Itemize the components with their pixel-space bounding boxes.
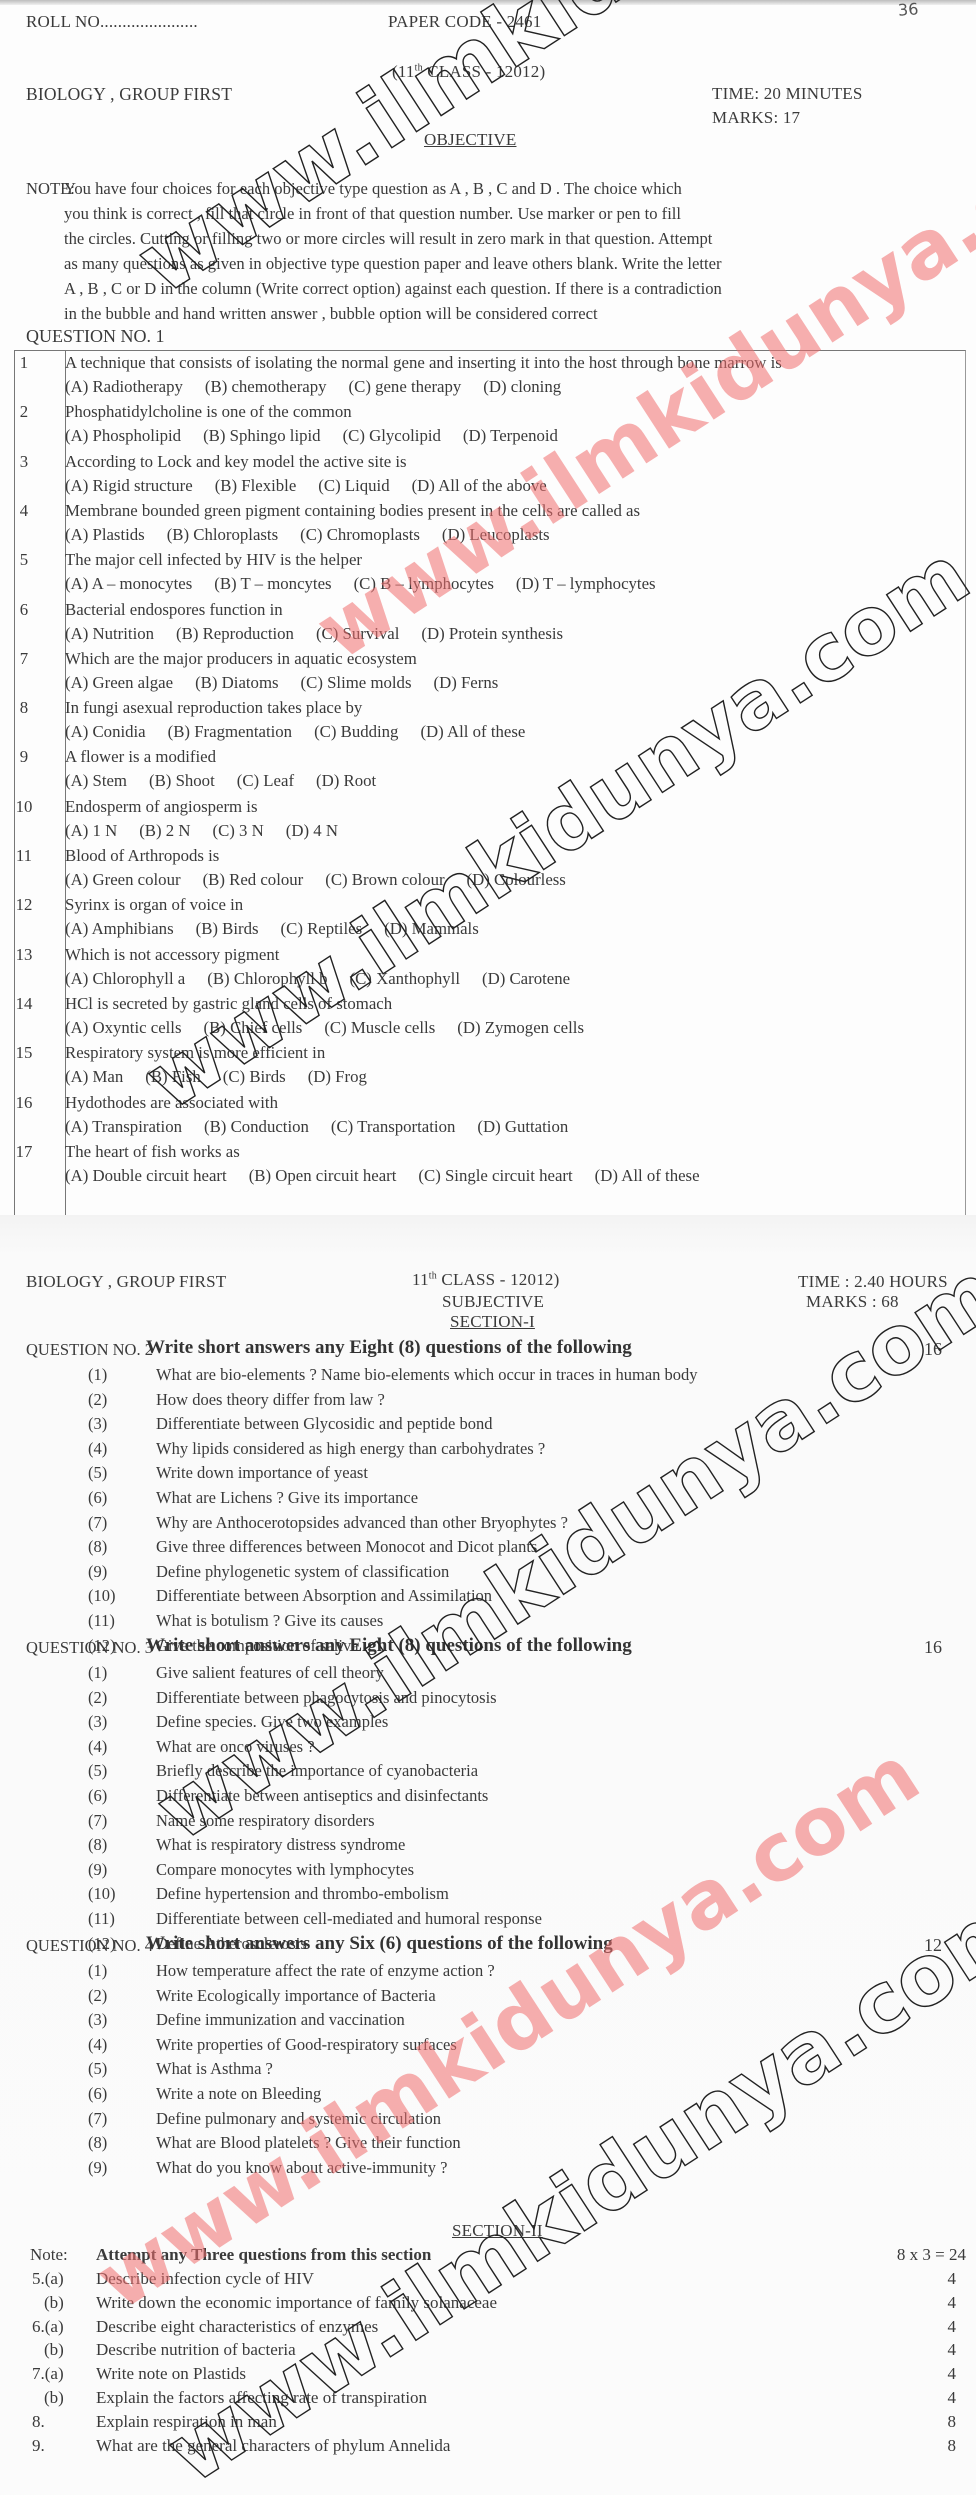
- mcq-question-8: 8In fungi asexual reproduction takes pla…: [15, 696, 965, 745]
- mcq-question-16: 16Hydothodes are associated with(A) Tran…: [15, 1091, 965, 1140]
- item-number: (2): [88, 1688, 107, 1708]
- item-number: (10): [88, 1586, 116, 1606]
- option-a: (A) 1 N: [65, 821, 117, 841]
- option-a: (A) Green colour: [65, 870, 181, 890]
- objective-paper: ROLL NO...................... PAPER CODE…: [0, 0, 976, 1215]
- handwritten-mark: 36: [897, 0, 919, 20]
- mcq-table: 1A technique that consists of isolating …: [14, 350, 966, 1221]
- question-stem: Hydothodes are associated with: [65, 1093, 278, 1113]
- long-question-item: 7.(a)Write note on Plastids4: [26, 2364, 966, 2388]
- option-b: (B) Chlorophyll b: [207, 969, 327, 989]
- item-text: Describe eight characteristics of enzyme…: [96, 2317, 378, 2337]
- question-marks: 12: [924, 1935, 942, 1956]
- mcq-question-17: 17The heart of fish works as(A) Double c…: [15, 1140, 965, 1189]
- answer-options: (A) Plastids(B) Chloroplasts(C) Chromopl…: [65, 525, 572, 545]
- item-text: Differentiate between Absorption and Ass…: [156, 1586, 492, 1606]
- option-b: (B) Chief cells: [204, 1018, 303, 1038]
- total-marks: MARKS: 17: [712, 108, 800, 128]
- question-number: 6: [15, 600, 33, 620]
- item-number: (4): [88, 2035, 107, 2055]
- option-d: (D) T – lymphocytes: [516, 574, 656, 594]
- item-number: (11): [88, 1909, 115, 1929]
- question-stem: The heart of fish works as: [65, 1142, 240, 1162]
- mcq-question-6: 6Bacterial endospores function in(A) Nut…: [15, 598, 965, 647]
- question-stem: A flower is a modified: [65, 747, 216, 767]
- long-question-item: 5.(a)Describe infection cycle of HIV4: [26, 2269, 966, 2293]
- item-number: (9): [88, 2158, 107, 2178]
- answer-options: (A) Radiotherapy(B) chemotherapy(C) gene…: [65, 377, 583, 397]
- note-line: as many questions as given in objective …: [64, 251, 956, 276]
- item-number: (2): [88, 1390, 107, 1410]
- section-2-note: Note: Attempt any Three questions from t…: [26, 2245, 966, 2269]
- question-stem: Which are the major producers in aquatic…: [65, 649, 417, 669]
- item-number: (7): [88, 1513, 107, 1533]
- option-a: (A) Green algae: [65, 673, 173, 693]
- option-c: (C) gene therapy: [349, 377, 462, 397]
- option-a: (A) A – monocytes: [65, 574, 192, 594]
- mcq-question-13: 13Which is not accessory pigment(A) Chlo…: [15, 943, 965, 992]
- item-text: Name some respiratory disorders: [156, 1811, 375, 1831]
- question-number: 7: [15, 649, 33, 669]
- option-b: (B) Chloroplasts: [167, 525, 278, 545]
- question-stem: Endosperm of angiosperm is: [65, 797, 258, 817]
- option-a: (A) Plastids: [65, 525, 145, 545]
- item-text: What is respiratory distress syndrome: [156, 1835, 405, 1855]
- item-text: Write down the economic importance of fa…: [96, 2293, 497, 2313]
- question-stem: A technique that consists of isolating t…: [65, 353, 782, 373]
- scan-edge: [0, 0, 976, 5]
- answer-options: (A) Green algae(B) Diatoms(C) Slime mold…: [65, 673, 520, 693]
- item-text: Explain the factors affecting rate of tr…: [96, 2388, 427, 2408]
- item-marks: 4: [876, 2269, 966, 2289]
- item-text: Write note on Plastids: [96, 2364, 246, 2384]
- option-b: (B) Diatoms: [195, 673, 278, 693]
- item-marks: 4: [876, 2388, 966, 2408]
- mcq-question-5: 5The major cell infected by HIV is the h…: [15, 548, 965, 597]
- option-a: (A) Phospholipid: [65, 426, 181, 446]
- item-marks: 8: [876, 2412, 966, 2432]
- item-text: Differentiate between antiseptics and di…: [156, 1786, 488, 1806]
- note-body: You have four choices for each objective…: [64, 176, 956, 326]
- option-c: (C) Transportation: [331, 1117, 455, 1137]
- item-number: (5): [88, 1761, 107, 1781]
- item-text: What is Asthma ?: [156, 2059, 273, 2079]
- option-b: (B) Open circuit heart: [249, 1166, 397, 1186]
- question-stem: The major cell infected by HIV is the he…: [65, 550, 362, 570]
- question-stem: Syrinx is organ of voice in: [65, 895, 243, 915]
- item-marks: 4: [876, 2364, 966, 2384]
- item-marks: 4: [876, 2317, 966, 2337]
- long-question-item: 6.(a)Describe eight characteristics of e…: [26, 2317, 966, 2341]
- option-c: (C) Glycolipid: [343, 426, 441, 446]
- answer-options: (A) Rigid structure(B) Flexible(C) Liqui…: [65, 476, 569, 496]
- option-b: (B) chemotherapy: [205, 377, 327, 397]
- item-number: (7): [88, 2109, 107, 2129]
- option-d: (D) cloning: [483, 377, 561, 397]
- item-number: (4): [88, 1737, 107, 1757]
- item-number: 8.: [32, 2412, 45, 2432]
- item-number: (b): [44, 2293, 64, 2313]
- note-line: the circles. Cutting or filling two or m…: [64, 226, 956, 251]
- option-a: (A) Amphibians: [65, 919, 174, 939]
- item-number: (2): [88, 1986, 107, 2006]
- question-number: QUESTION NO. 2: [26, 1340, 153, 1360]
- item-number: (3): [88, 2010, 107, 2030]
- answer-options: (A) Man(B) Fish(C) Birds(D) Frog: [65, 1067, 389, 1087]
- option-d: (D) Ferns: [433, 673, 498, 693]
- item-text: Differentiate between cell-mediated and …: [156, 1909, 542, 1929]
- question-number: 4: [15, 501, 33, 521]
- option-a: (A) Double circuit heart: [65, 1166, 227, 1186]
- item-number: (b): [44, 2388, 64, 2408]
- item-text: Why are Anthocerotopsides advanced than …: [156, 1513, 568, 1533]
- subjective-paper: BIOLOGY , GROUP FIRST 11th CLASS - 12012…: [0, 1215, 976, 2495]
- option-d: (D) Root: [316, 771, 376, 791]
- option-c: (C) Liquid: [318, 476, 389, 496]
- item-text: Write down importance of yeast: [156, 1463, 368, 1483]
- item-text: Give three differences between Monocot a…: [156, 1537, 537, 1557]
- class-label: (11th CLASS - 12012): [392, 62, 545, 82]
- option-a: (A) Oxyntic cells: [65, 1018, 182, 1038]
- mcq-question-12: 12Syrinx is organ of voice in(A) Amphibi…: [15, 893, 965, 942]
- mcq-question-15: 15Respiratory system is more efficient i…: [15, 1041, 965, 1090]
- item-text: Define species. Give two examples: [156, 1712, 388, 1732]
- item-text: How temperature affect the rate of enzym…: [156, 1961, 495, 1981]
- question-4-header: QUESTION NO. 4Write short answers any Si…: [26, 1933, 966, 1959]
- option-c: (C) B – lymphocytes: [354, 574, 494, 594]
- option-a: (A) Rigid structure: [65, 476, 193, 496]
- option-c: (C) Budding: [314, 722, 398, 742]
- item-number: (11): [88, 1611, 115, 1631]
- question-marks: 16: [924, 1637, 942, 1658]
- question-instruction: Write short answers any Eight (8) questi…: [146, 1337, 632, 1359]
- answer-options: (A) A – monocytes(B) T – moncytes(C) B –…: [65, 574, 678, 594]
- option-d: (D) Zymogen cells: [457, 1018, 584, 1038]
- mcq-question-2: 2Phosphatidylcholine is one of the commo…: [15, 400, 965, 449]
- long-question-item: (b)Write down the economic importance of…: [26, 2293, 966, 2317]
- item-number: (5): [88, 1463, 107, 1483]
- option-d: (D) All of these: [595, 1166, 700, 1186]
- item-number: 7.(a): [32, 2364, 64, 2384]
- question-3-header: QUESTION NO. 3Write short answers any Ei…: [26, 1635, 966, 1661]
- item-number: (b): [44, 2340, 64, 2360]
- class-label: 11th CLASS - 12012): [412, 1270, 559, 1290]
- answer-options: (A) Green colour(B) Red colour(C) Brown …: [65, 870, 588, 890]
- item-number: (6): [88, 1786, 107, 1806]
- section-title-objective: OBJECTIVE: [424, 130, 516, 150]
- item-text: Write a note on Bleeding: [156, 2084, 321, 2104]
- question-number: 16: [15, 1093, 33, 1113]
- item-number: 5.(a): [32, 2269, 64, 2289]
- item-number: (10): [88, 1884, 116, 1904]
- item-number: 6.(a): [32, 2317, 64, 2337]
- roll-no: ROLL NO......................: [26, 12, 198, 32]
- answer-options: (A) Nutrition(B) Reproduction(C) Surviva…: [65, 624, 585, 644]
- instructions-note: NOTE: You have four choices for each obj…: [26, 176, 956, 326]
- item-text: What is botulism ? Give its causes: [156, 1611, 383, 1631]
- item-number: (6): [88, 2084, 107, 2104]
- option-c: (C) Single circuit heart: [418, 1166, 572, 1186]
- option-a: (A) Man: [65, 1067, 123, 1087]
- option-b: (B) T – moncytes: [214, 574, 331, 594]
- item-text: Write Ecologically importance of Bacteri…: [156, 1986, 436, 2006]
- section-2-title: SECTION-II: [452, 2221, 543, 2241]
- option-d: (D) All of these: [420, 722, 525, 742]
- option-b: (B) Sphingo lipid: [203, 426, 320, 446]
- item-text: Briefly describe the importance of cyano…: [156, 1761, 478, 1781]
- item-text: Define hypertension and thrombo-embolism: [156, 1884, 449, 1904]
- item-number: (8): [88, 1835, 107, 1855]
- item-text: What are the general characters of phylu…: [96, 2436, 450, 2456]
- mcq-question-9: 9A flower is a modified(A) Stem(B) Shoot…: [15, 745, 965, 794]
- answer-options: (A) 1 N(B) 2 N(C) 3 N(D) 4 N: [65, 821, 360, 841]
- item-text: Differentiate between phagocytosis and p…: [156, 1688, 497, 1708]
- option-c: (C) Muscle cells: [324, 1018, 435, 1038]
- subject-title: BIOLOGY , GROUP FIRST: [26, 1272, 226, 1292]
- question-stem: Membrane bounded green pigment containin…: [65, 501, 640, 521]
- item-number: 9.: [32, 2436, 45, 2456]
- item-text: Give salient features of cell theory: [156, 1663, 384, 1683]
- item-number: (3): [88, 1712, 107, 1732]
- item-text: Why lipids considered as high energy tha…: [156, 1439, 545, 1459]
- question-number: 12: [15, 895, 33, 915]
- question-marks: 16: [924, 1339, 942, 1360]
- mcq-question-10: 10Endosperm of angiosperm is(A) 1 N(B) 2…: [15, 795, 965, 844]
- long-question-item: (b)Describe nutrition of bacteria4: [26, 2340, 966, 2364]
- option-d: (D) Protein synthesis: [421, 624, 563, 644]
- option-a: (A) Transpiration: [65, 1117, 182, 1137]
- option-d: (D) Guttation: [477, 1117, 568, 1137]
- item-number: (4): [88, 1439, 107, 1459]
- question-number: QUESTION NO. 4: [26, 1936, 153, 1956]
- option-b: (B) Conduction: [204, 1117, 309, 1137]
- question-number: 10: [15, 797, 33, 817]
- option-d: (D) Mammals: [384, 919, 479, 939]
- item-number: (8): [88, 1537, 107, 1557]
- mcq-question-7: 7Which are the major producers in aquati…: [15, 647, 965, 696]
- item-text: How does theory differ from law ?: [156, 1390, 385, 1410]
- option-b: (B) Birds: [196, 919, 259, 939]
- question-2-header: QUESTION NO. 2Write short answers any Ei…: [26, 1337, 966, 1363]
- option-d: (D) Frog: [308, 1067, 367, 1087]
- item-number: (3): [88, 1414, 107, 1434]
- subjective-title: SUBJECTIVE: [442, 1292, 544, 1312]
- answer-options: (A) Chlorophyll a(B) Chlorophyll b(C) Xa…: [65, 969, 592, 989]
- time-allowed: TIME : 2.40 HOURS: [798, 1272, 948, 1292]
- option-d: (D) Carotene: [482, 969, 570, 989]
- option-c: (C) Chromoplasts: [300, 525, 420, 545]
- subject-title: BIOLOGY , GROUP FIRST: [26, 84, 232, 105]
- item-text: Define immunization and vaccination: [156, 2010, 405, 2030]
- item-number: (1): [88, 1663, 107, 1683]
- question-stem: Respiratory system is more efficient in: [65, 1043, 325, 1063]
- question-number: 15: [15, 1043, 33, 1063]
- answer-options: (A) Double circuit heart(B) Open circuit…: [65, 1166, 722, 1186]
- question-stem: In fungi asexual reproduction takes plac…: [65, 698, 362, 718]
- option-c: (C) Reptiles: [281, 919, 363, 939]
- mcq-question-11: 11Blood of Arthropods is(A) Green colour…: [15, 844, 965, 893]
- item-number: (1): [88, 1961, 107, 1981]
- question-stem: Blood of Arthropods is: [65, 846, 219, 866]
- answer-options: (A) Transpiration(B) Conduction(C) Trans…: [65, 1117, 590, 1137]
- option-c: (C) Birds: [223, 1067, 286, 1087]
- item-text: What are Blood platelets ? Give their fu…: [156, 2133, 461, 2153]
- paper-code: PAPER CODE - 2461: [388, 12, 541, 32]
- item-number: (6): [88, 1488, 107, 1508]
- item-text: Differentiate between Glycosidic and pep…: [156, 1414, 492, 1434]
- option-c: (C) Leaf: [237, 771, 294, 791]
- item-text: What are Lichens ? Give its importance: [156, 1488, 418, 1508]
- answer-options: (A) Stem(B) Shoot(C) Leaf(D) Root: [65, 771, 398, 791]
- item-text: Define pulmonary and systemic circulatio…: [156, 2109, 441, 2129]
- option-a: (A) Chlorophyll a: [65, 969, 185, 989]
- item-text: Describe nutrition of bacteria: [96, 2340, 296, 2360]
- question-instruction: Write short answers any Eight (8) questi…: [146, 1635, 632, 1657]
- question-number: 3: [15, 452, 33, 472]
- option-b: (B) Reproduction: [176, 624, 294, 644]
- question-number: 5: [15, 550, 33, 570]
- mcq-question-3: 3According to Lock and key model the act…: [15, 450, 965, 499]
- item-number: (1): [88, 1365, 107, 1385]
- item-text: What do you know about active-immunity ?: [156, 2158, 447, 2178]
- total-marks: MARKS : 68: [806, 1292, 899, 1312]
- answer-options: (A) Oxyntic cells(B) Chief cells(C) Musc…: [65, 1018, 606, 1038]
- item-text: Compare monocytes with lymphocytes: [156, 1860, 414, 1880]
- option-a: (A) Stem: [65, 771, 127, 791]
- item-marks: 8: [876, 2436, 966, 2456]
- option-d: (D) Leucoplasts: [442, 525, 550, 545]
- question-number: 14: [15, 994, 33, 1014]
- option-b: (B) Shoot: [149, 771, 215, 791]
- note-line: you think is correct , fill that circle …: [64, 201, 956, 226]
- item-number: (5): [88, 2059, 107, 2079]
- long-question-item: (b)Explain the factors affecting rate of…: [26, 2388, 966, 2412]
- option-b: (B) Fragmentation: [168, 722, 292, 742]
- option-c: (C) Survival: [316, 624, 399, 644]
- long-question-item: 8.Explain respiration in man8: [26, 2412, 966, 2436]
- item-marks: 4: [876, 2340, 966, 2360]
- question-number: QUESTION NO. 3: [26, 1638, 153, 1658]
- item-marks: 4: [876, 2293, 966, 2313]
- note-line: You have four choices for each objective…: [64, 176, 956, 201]
- question-1-title: QUESTION NO. 1: [26, 326, 165, 347]
- option-b: (B) Red colour: [203, 870, 304, 890]
- question-number: 9: [15, 747, 33, 767]
- time-allowed: TIME: 20 MINUTES: [712, 84, 863, 104]
- option-c: (C) Brown colour: [325, 870, 444, 890]
- option-d: (D) 4 N: [286, 821, 338, 841]
- answer-options: (A) Conidia(B) Fragmentation(C) Budding(…: [65, 722, 547, 742]
- question-number: 8: [15, 698, 33, 718]
- option-c: (C) 3 N: [212, 821, 263, 841]
- option-c: (C) Slime molds: [301, 673, 412, 693]
- item-number: (8): [88, 2133, 107, 2153]
- question-stem: Bacterial endospores function in: [65, 600, 283, 620]
- option-d: (D) Terpenoid: [463, 426, 558, 446]
- question-number: 1: [15, 353, 33, 373]
- item-text: What are bio-elements ? Name bio-element…: [156, 1365, 698, 1385]
- item-text: Explain respiration in man: [96, 2412, 277, 2432]
- long-question-item: 9.What are the general characters of phy…: [26, 2436, 966, 2460]
- question-number: 13: [15, 945, 33, 965]
- option-a: (A) Radiotherapy: [65, 377, 183, 397]
- question-number: 2: [15, 402, 33, 422]
- option-c: (C) Xanthophyll: [350, 969, 460, 989]
- option-d: (D) Colourless: [467, 870, 566, 890]
- note-label: NOTE:: [26, 176, 75, 201]
- mcq-question-4: 4Membrane bounded green pigment containi…: [15, 499, 965, 548]
- answer-options: (A) Amphibians(B) Birds(C) Reptiles(D) M…: [65, 919, 501, 939]
- option-a: (A) Conidia: [65, 722, 146, 742]
- option-b: (B) Flexible: [215, 476, 297, 496]
- question-stem: Which is not accessory pigment: [65, 945, 279, 965]
- question-number: 17: [15, 1142, 33, 1162]
- option-a: (A) Nutrition: [65, 624, 154, 644]
- option-b: (B) Fish: [145, 1067, 200, 1087]
- question-number: 11: [15, 846, 33, 866]
- item-number: (9): [88, 1860, 107, 1880]
- item-number: (9): [88, 1562, 107, 1582]
- note-line: A , B , C or D in the column (Write corr…: [64, 276, 956, 301]
- item-text: Write properties of Good-respiratory sur…: [156, 2035, 457, 2055]
- section-1-title: SECTION-I: [450, 1312, 535, 1332]
- question-instruction: Write short answers any Six (6) question…: [146, 1933, 613, 1955]
- mcq-question-1: 1A technique that consists of isolating …: [15, 351, 965, 400]
- item-text: What are onco viruses ?: [156, 1737, 315, 1757]
- question-stem: HCl is secreted by gastric gland cells o…: [65, 994, 392, 1014]
- answer-options: (A) Phospholipid(B) Sphingo lipid(C) Gly…: [65, 426, 580, 446]
- question-stem: Phosphatidylcholine is one of the common: [65, 402, 352, 422]
- item-number: (7): [88, 1811, 107, 1831]
- mcq-question-14: 14HCl is secreted by gastric gland cells…: [15, 992, 965, 1041]
- item-text: Describe infection cycle of HIV: [96, 2269, 314, 2289]
- note-line: in the bubble and hand written answer , …: [64, 301, 956, 326]
- option-d: (D) All of the above: [412, 476, 547, 496]
- option-b: (B) 2 N: [139, 821, 190, 841]
- item-text: Define phylogenetic system of classifica…: [156, 1562, 449, 1582]
- question-stem: According to Lock and key model the acti…: [65, 452, 407, 472]
